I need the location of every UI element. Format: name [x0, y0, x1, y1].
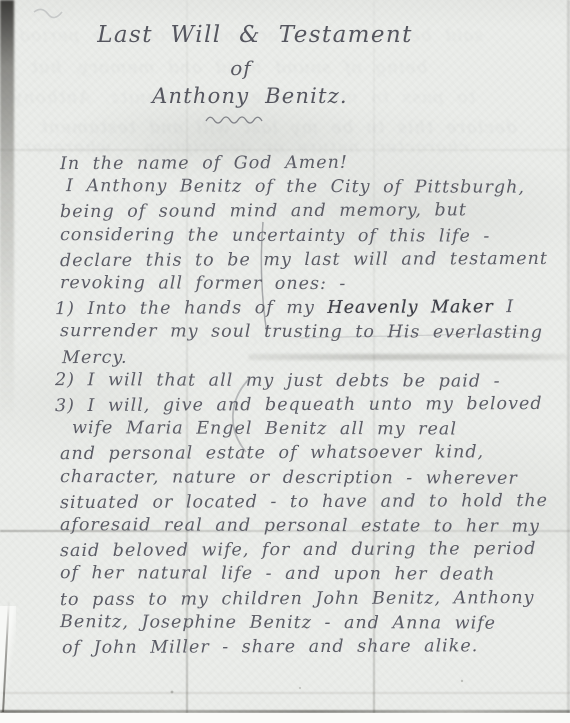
document-title: Last Will & Testament of Anthony Benitz.: [30, 22, 480, 108]
clause-1-emphasis: Heavenly Maker: [327, 297, 493, 318]
scanned-document: said beloved wife, for and during the pe…: [0, 0, 570, 723]
will-body-text: In the name of God Amen! I Anthony Benit…: [60, 151, 560, 659]
body-line: I Anthony Benitz of the City of Pittsbur…: [66, 174, 560, 200]
body-line: In the name of God Amen!: [60, 150, 560, 176]
body-line: aforesaid real and personal estate to he…: [60, 513, 560, 539]
body-line: considering the uncertainty of this life…: [60, 223, 560, 249]
body-line: and personal estate of whatsoever kind,: [60, 440, 560, 466]
body-line: being of sound mind and memory, but: [60, 198, 560, 224]
body-line: 3) I will, give and bequeath unto my bel…: [55, 392, 560, 418]
body-line: to pass to my children John Benitz, Anth…: [60, 586, 560, 612]
body-line: Mercy.: [62, 344, 560, 370]
clause-1-pre: 1) Into the hands of my: [55, 298, 327, 319]
body-line: surrender my soul trusting to His everla…: [60, 320, 560, 346]
body-line: revoking all former ones: -: [60, 271, 560, 297]
body-line: 2) I will that all my just debts be paid…: [55, 368, 560, 394]
scanner-background: [0, 713, 570, 723]
body-line: declare this to be my last will and test…: [60, 247, 560, 273]
title-line-2: of: [2, 56, 480, 80]
title-line-3: Anthony Benitz.: [20, 84, 480, 108]
body-line: wife Maria Engel Benitz all my real: [72, 416, 560, 442]
body-line: character, nature or description - where…: [60, 465, 560, 491]
title-line-1: Last Will & Testament: [30, 22, 480, 48]
body-line: of John Miller - share and share alike.: [62, 634, 560, 660]
body-line: Benitz, Josephine Benitz - and Anna wife: [60, 610, 560, 636]
body-line: of her natural life - and upon her death: [60, 562, 560, 588]
body-line: said beloved wife, for and during the pe…: [60, 537, 560, 563]
body-line: situated or located - to have and to hol…: [60, 489, 560, 515]
clause-1-post: I: [494, 297, 515, 317]
body-line-clause-1: 1) Into the hands of my Heavenly Maker I: [55, 295, 560, 321]
